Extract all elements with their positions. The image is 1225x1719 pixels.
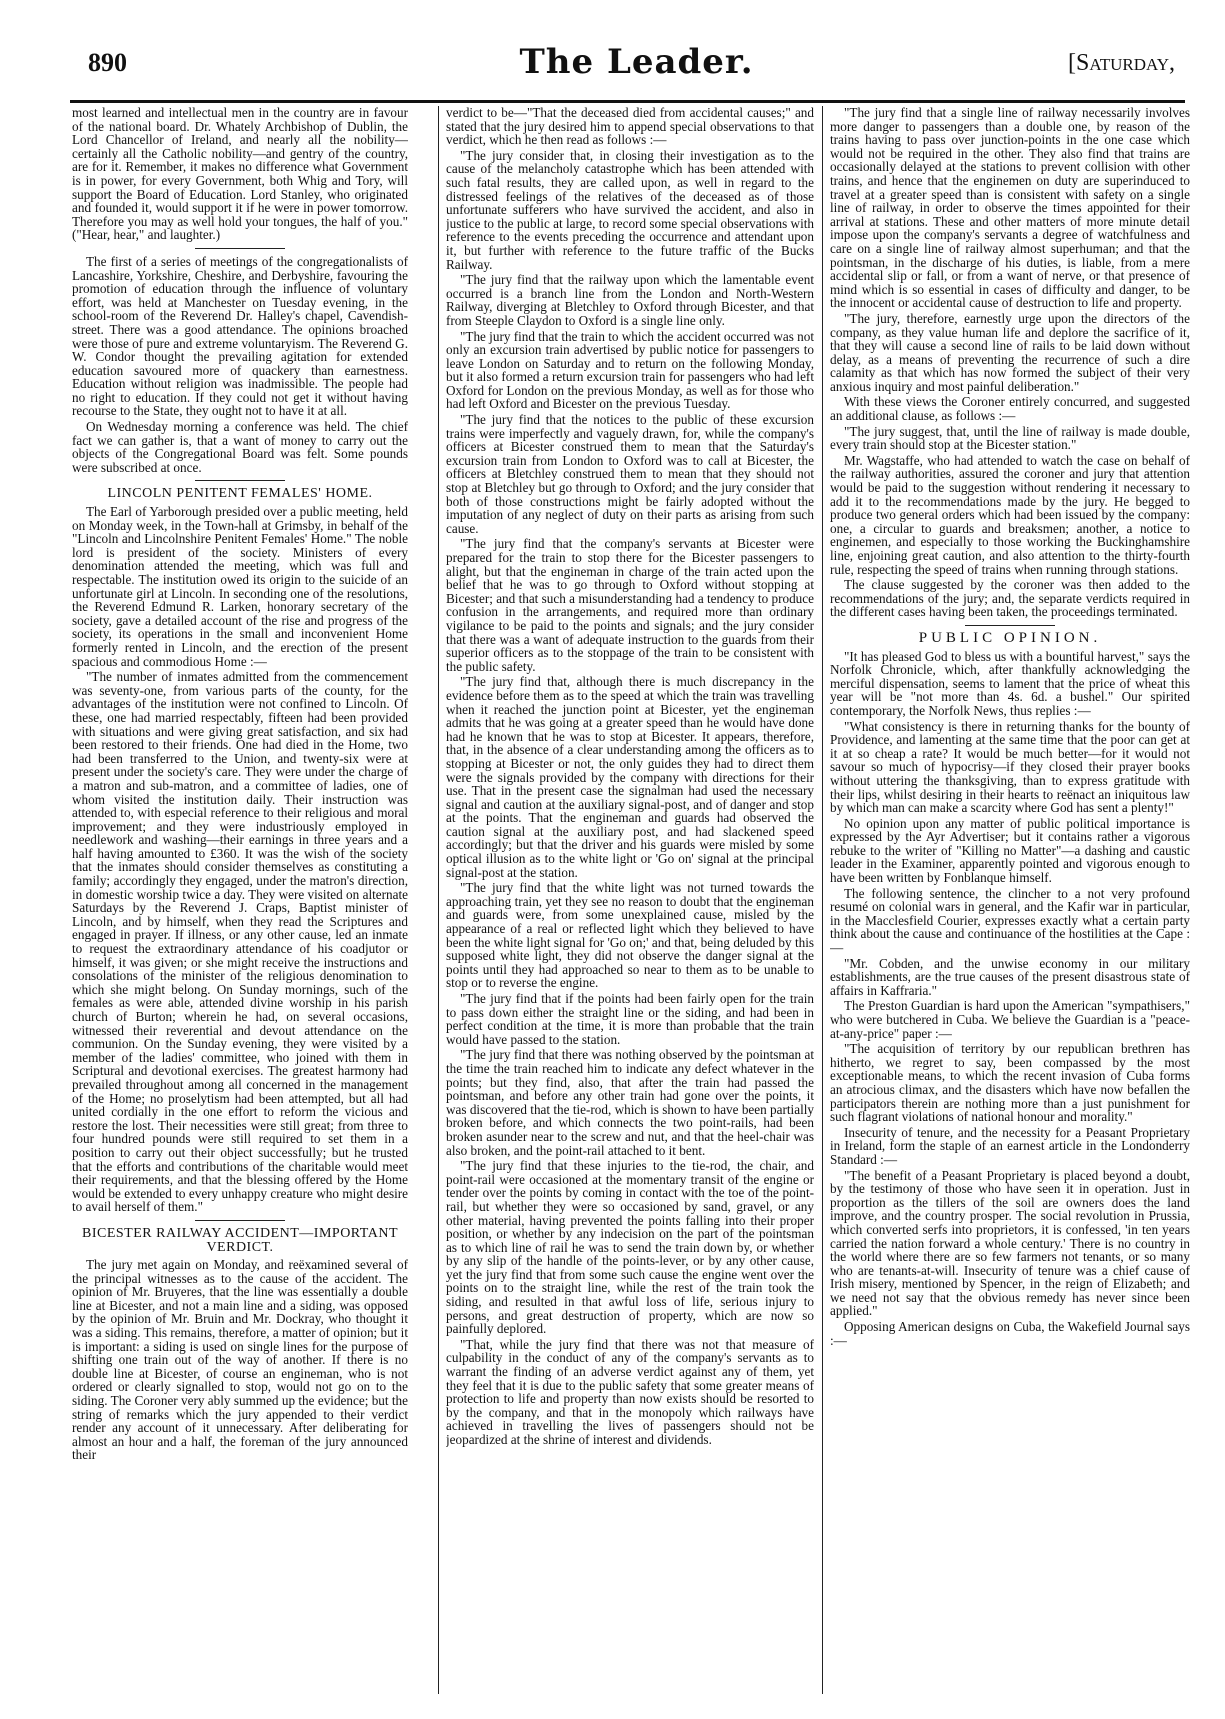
masthead: 890 The Leader. [Saturday,	[88, 40, 1185, 100]
column-3: "The jury find that a single line of rai…	[830, 106, 1190, 1699]
paragraph: The jury met again on Monday, and reëxam…	[72, 1258, 408, 1462]
paragraph: "The jury suggest, that, until the line …	[830, 425, 1190, 452]
newspaper-title: The Leader.	[88, 42, 1185, 82]
paragraph: The first of a series of meetings of the…	[72, 255, 408, 418]
paragraph: "The jury, therefore, earnestly urge upo…	[830, 312, 1190, 394]
column-1: most learned and intellectual men in the…	[72, 106, 408, 1699]
paragraph: "The benefit of a Peasant Proprietary is…	[830, 1169, 1190, 1319]
section-heading: PUBLIC OPINION.	[830, 632, 1190, 646]
paragraph: "The jury find that there was nothing ob…	[446, 1048, 814, 1157]
paragraph: "The jury find that a single line of rai…	[830, 106, 1190, 310]
paragraph: "The acquisition of territory by our rep…	[830, 1042, 1190, 1124]
paragraph: "The jury find that the white light was …	[446, 881, 814, 990]
paragraph: Opposing American designs on Cuba, the W…	[830, 1320, 1190, 1347]
paragraph: On Wednesday morning a conference was he…	[72, 420, 408, 474]
paragraph: The clause suggested by the coroner was …	[830, 578, 1190, 619]
header-rule	[70, 100, 1185, 103]
paragraph: "The jury find that if the points had be…	[446, 992, 814, 1046]
issue-day: [Saturday,	[1068, 50, 1175, 77]
paragraph: "The jury find that the railway upon whi…	[446, 273, 814, 327]
column-2: verdict to be—"That the deceased died fr…	[446, 106, 814, 1699]
paragraph: "The jury find that the company's servan…	[446, 537, 814, 673]
paragraph: Insecurity of tenure, and the necessity …	[830, 1126, 1190, 1167]
paragraph: With these views the Coroner entirely co…	[830, 395, 1190, 422]
paragraph: "Mr. Cobden, and the unwise economy in o…	[830, 957, 1190, 998]
paragraph: Mr. Wagstaffe, who had attended to watch…	[830, 454, 1190, 576]
paragraph: The following sentence, the clincher to …	[830, 887, 1190, 955]
paragraph: The Preston Guardian is hard upon the Am…	[830, 999, 1190, 1040]
paragraph: "It has pleased God to bless us with a b…	[830, 650, 1190, 718]
separator	[195, 1220, 285, 1221]
paragraph: "The jury consider that, in closing thei…	[446, 149, 814, 271]
separator	[965, 625, 1055, 626]
paragraph: The Earl of Yarborough presided over a p…	[72, 505, 408, 668]
paragraph: most learned and intellectual men in the…	[72, 106, 408, 242]
paragraph: "The number of inmates admitted from the…	[72, 670, 408, 1214]
paragraph: "The jury find that the notices to the p…	[446, 413, 814, 535]
paragraph: "What consistency is there in returning …	[830, 720, 1190, 815]
paragraph: "The jury find that the train to which t…	[446, 330, 814, 412]
column-divider	[822, 106, 823, 1694]
section-heading: LINCOLN PENITENT FEMALES' HOME.	[72, 487, 408, 501]
section-heading: BICESTER RAILWAY ACCIDENT—IMPORTANT VERD…	[72, 1227, 408, 1254]
paragraph: No opinion upon any matter of public pol…	[830, 817, 1190, 885]
paragraph: "That, while the jury find that there wa…	[446, 1338, 814, 1447]
paragraph: "The jury find that these injuries to th…	[446, 1159, 814, 1336]
separator	[195, 248, 285, 249]
paragraph: "The jury find that, although there is m…	[446, 675, 814, 879]
column-divider	[438, 106, 439, 1694]
separator	[195, 480, 285, 481]
paragraph: verdict to be—"That the deceased died fr…	[446, 106, 814, 147]
